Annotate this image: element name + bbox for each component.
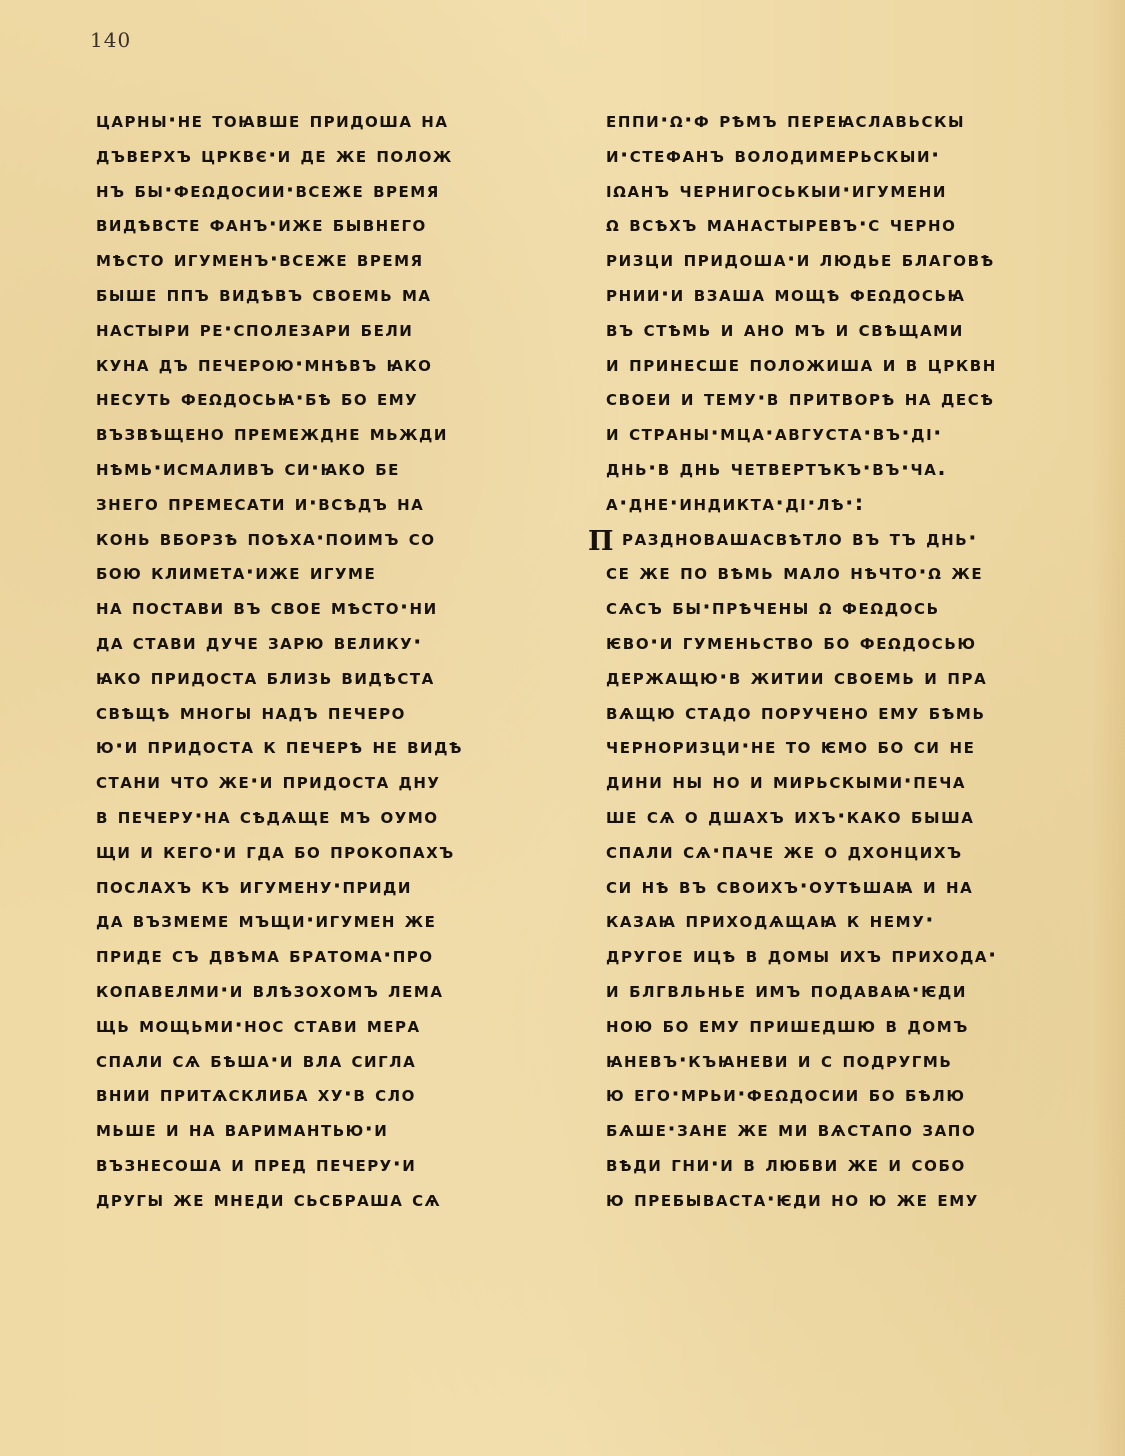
manuscript-line: и страны·мца·августа·въ·ді· <box>606 416 1086 451</box>
manuscript-line: и блгвльнье имъ подаваꙗ·ѥди <box>606 973 1086 1008</box>
manuscript-line: сѧсъ бы·прѣчены ω феωдось <box>606 590 1086 625</box>
page-number: 140 <box>90 28 131 52</box>
left-text-column: царны·не тоꙗвше придоша на дъверхъ црквє… <box>96 103 576 1217</box>
manuscript-line: несуть феωдосьꙗ·бѣ бо ему <box>96 381 576 416</box>
manuscript-line: казаꙗ приходѧщаꙗ к нему· <box>606 903 1086 938</box>
manuscript-line: куна дъ печерою·мнѣвъ ꙗко <box>96 347 576 382</box>
manuscript-line: ω всѣхъ манастыревъ·с черно <box>606 207 1086 242</box>
manuscript-line: ю пребываста·ѥди но ю же ему <box>606 1182 1086 1217</box>
manuscript-line: ю·и придоста к печерѣ не видѣ <box>96 729 576 764</box>
manuscript-line: ю его·мрьи·феωдосии бо бѣлю <box>606 1077 1086 1112</box>
manuscript-line: ιωанъ чернигоськыи·игумени <box>606 173 1086 208</box>
manuscript-line: се же по вѣмь мало нѣчто·ω же <box>606 555 1086 590</box>
manuscript-line: настыри ре·сполезари бели <box>96 312 576 347</box>
manuscript-line: ꙗневъ·къꙗневи и с подругмь <box>606 1043 1086 1078</box>
manuscript-line: внии притѧсклиба ху·в сло <box>96 1077 576 1112</box>
manuscript-line: бѧше·зане же ми вѧстапо запо <box>606 1112 1086 1147</box>
manuscript-line: конь вборзѣ поѣха·поимъ со <box>96 521 576 556</box>
manuscript-line: нѣмь·исмаливъ си·ꙗко бе <box>96 451 576 486</box>
manuscript-line: мьше и на варимантью·и <box>96 1112 576 1147</box>
manuscript-line: ꙗко придоста близь видѣста <box>96 660 576 695</box>
manuscript-line: знего премесати и·всѣдъ на <box>96 486 576 521</box>
manuscript-line: в печеру·на сѣдѧще мъ оумо <box>96 799 576 834</box>
manuscript-line: бою климета·иже игуме <box>96 555 576 590</box>
manuscript-line: дини ны но и мирьскыми·печа <box>606 764 1086 799</box>
manuscript-line: и·стефанъ володимерьскыи· <box>606 138 1086 173</box>
manuscript-line-text: раздновашасвѣтло въ тъ днь· <box>606 526 978 550</box>
manuscript-line: копавелми·и влѣзохомъ лема <box>96 973 576 1008</box>
manuscript-line: рнии·и взаша мощѣ феωдосьꙗ <box>606 277 1086 312</box>
manuscript-line: на постави въ свое мѣсто·ни <box>96 590 576 625</box>
manuscript-line: днь·в днь четвертъкъ·въ·ча. <box>606 451 1086 486</box>
manuscript-line: вѧщю стадо поручено ему бѣмь <box>606 695 1086 730</box>
manuscript-line: другы же мнеди сьсбраша сѧ <box>96 1182 576 1217</box>
manuscript-line: нъ бы·феωдосии·всеже время <box>96 173 576 208</box>
manuscript-line: дъверхъ црквє·и де же полож <box>96 138 576 173</box>
manuscript-line: щь мощьми·нос стави мера <box>96 1008 576 1043</box>
manuscript-line: своеи и тему·в притворѣ на десѣ <box>606 381 1086 416</box>
manuscript-line: спали сѧ·паче же о дхонцихъ <box>606 834 1086 869</box>
manuscript-line: царны·не тоꙗвше придоша на <box>96 103 576 138</box>
manuscript-line: держащю·в житии своемь и пра <box>606 660 1086 695</box>
manuscript-line: стани что же·и придоста дну <box>96 764 576 799</box>
manuscript-line: въ стѣмь и ано мъ и свѣщами <box>606 312 1086 347</box>
manuscript-line: другое ицѣ в домы ихъ прихода· <box>606 938 1086 973</box>
manuscript-line: видѣвсте фанъ·иже бывнего <box>96 207 576 242</box>
manuscript-line: да стави дуче зарю велику· <box>96 625 576 660</box>
manuscript-line: приде съ двѣма братома·про <box>96 938 576 973</box>
manuscript-line: ною бо ему пришедшю в домъ <box>606 1008 1086 1043</box>
manuscript-line: еппи·ω·ф рѣмъ переꙗславьскы <box>606 103 1086 138</box>
manuscript-line: щи и кего·и гда бо прокопахъ <box>96 834 576 869</box>
manuscript-line: възнесоша и пред печеру·и <box>96 1147 576 1182</box>
manuscript-line: свѣщѣ многы надъ печеро <box>96 695 576 730</box>
manuscript-line: ше сѧ о дшахъ ихъ·како быша <box>606 799 1086 834</box>
manuscript-line: вѣди гни·и в любви же и собо <box>606 1147 1086 1182</box>
manuscript-line: мѣсто игуменъ·всеже время <box>96 242 576 277</box>
manuscript-line: а·дне·индикта·ді·лѣ·: <box>606 486 1086 521</box>
manuscript-line: ризци придоша·и людье благовѣ <box>606 242 1086 277</box>
manuscript-line: послахъ къ игумену·приди <box>96 869 576 904</box>
manuscript-line: да възмеме мъщи·игумен же <box>96 903 576 938</box>
manuscript-line: спали сѧ бѣша·и вла сигла <box>96 1043 576 1078</box>
manuscript-line: черноризци·не то ѥмо бо си не <box>606 729 1086 764</box>
right-text-column: еппи·ω·ф рѣмъ переꙗславьскы и·стефанъ во… <box>606 103 1086 1217</box>
manuscript-line: ѥво·и гуменьство бо феωдосью <box>606 625 1086 660</box>
manuscript-line-with-initial: П раздновашасвѣтло въ тъ днь· <box>606 521 1086 556</box>
manuscript-line: възвѣщено премеждне мьжди <box>96 416 576 451</box>
manuscript-line: быше ппъ видѣвъ своемь ма <box>96 277 576 312</box>
drop-cap-initial: П <box>588 517 615 557</box>
manuscript-line: и принесше положиша и в црквн <box>606 347 1086 382</box>
manuscript-line: си нѣ въ своихъ·оутѣшаꙗ и на <box>606 869 1086 904</box>
